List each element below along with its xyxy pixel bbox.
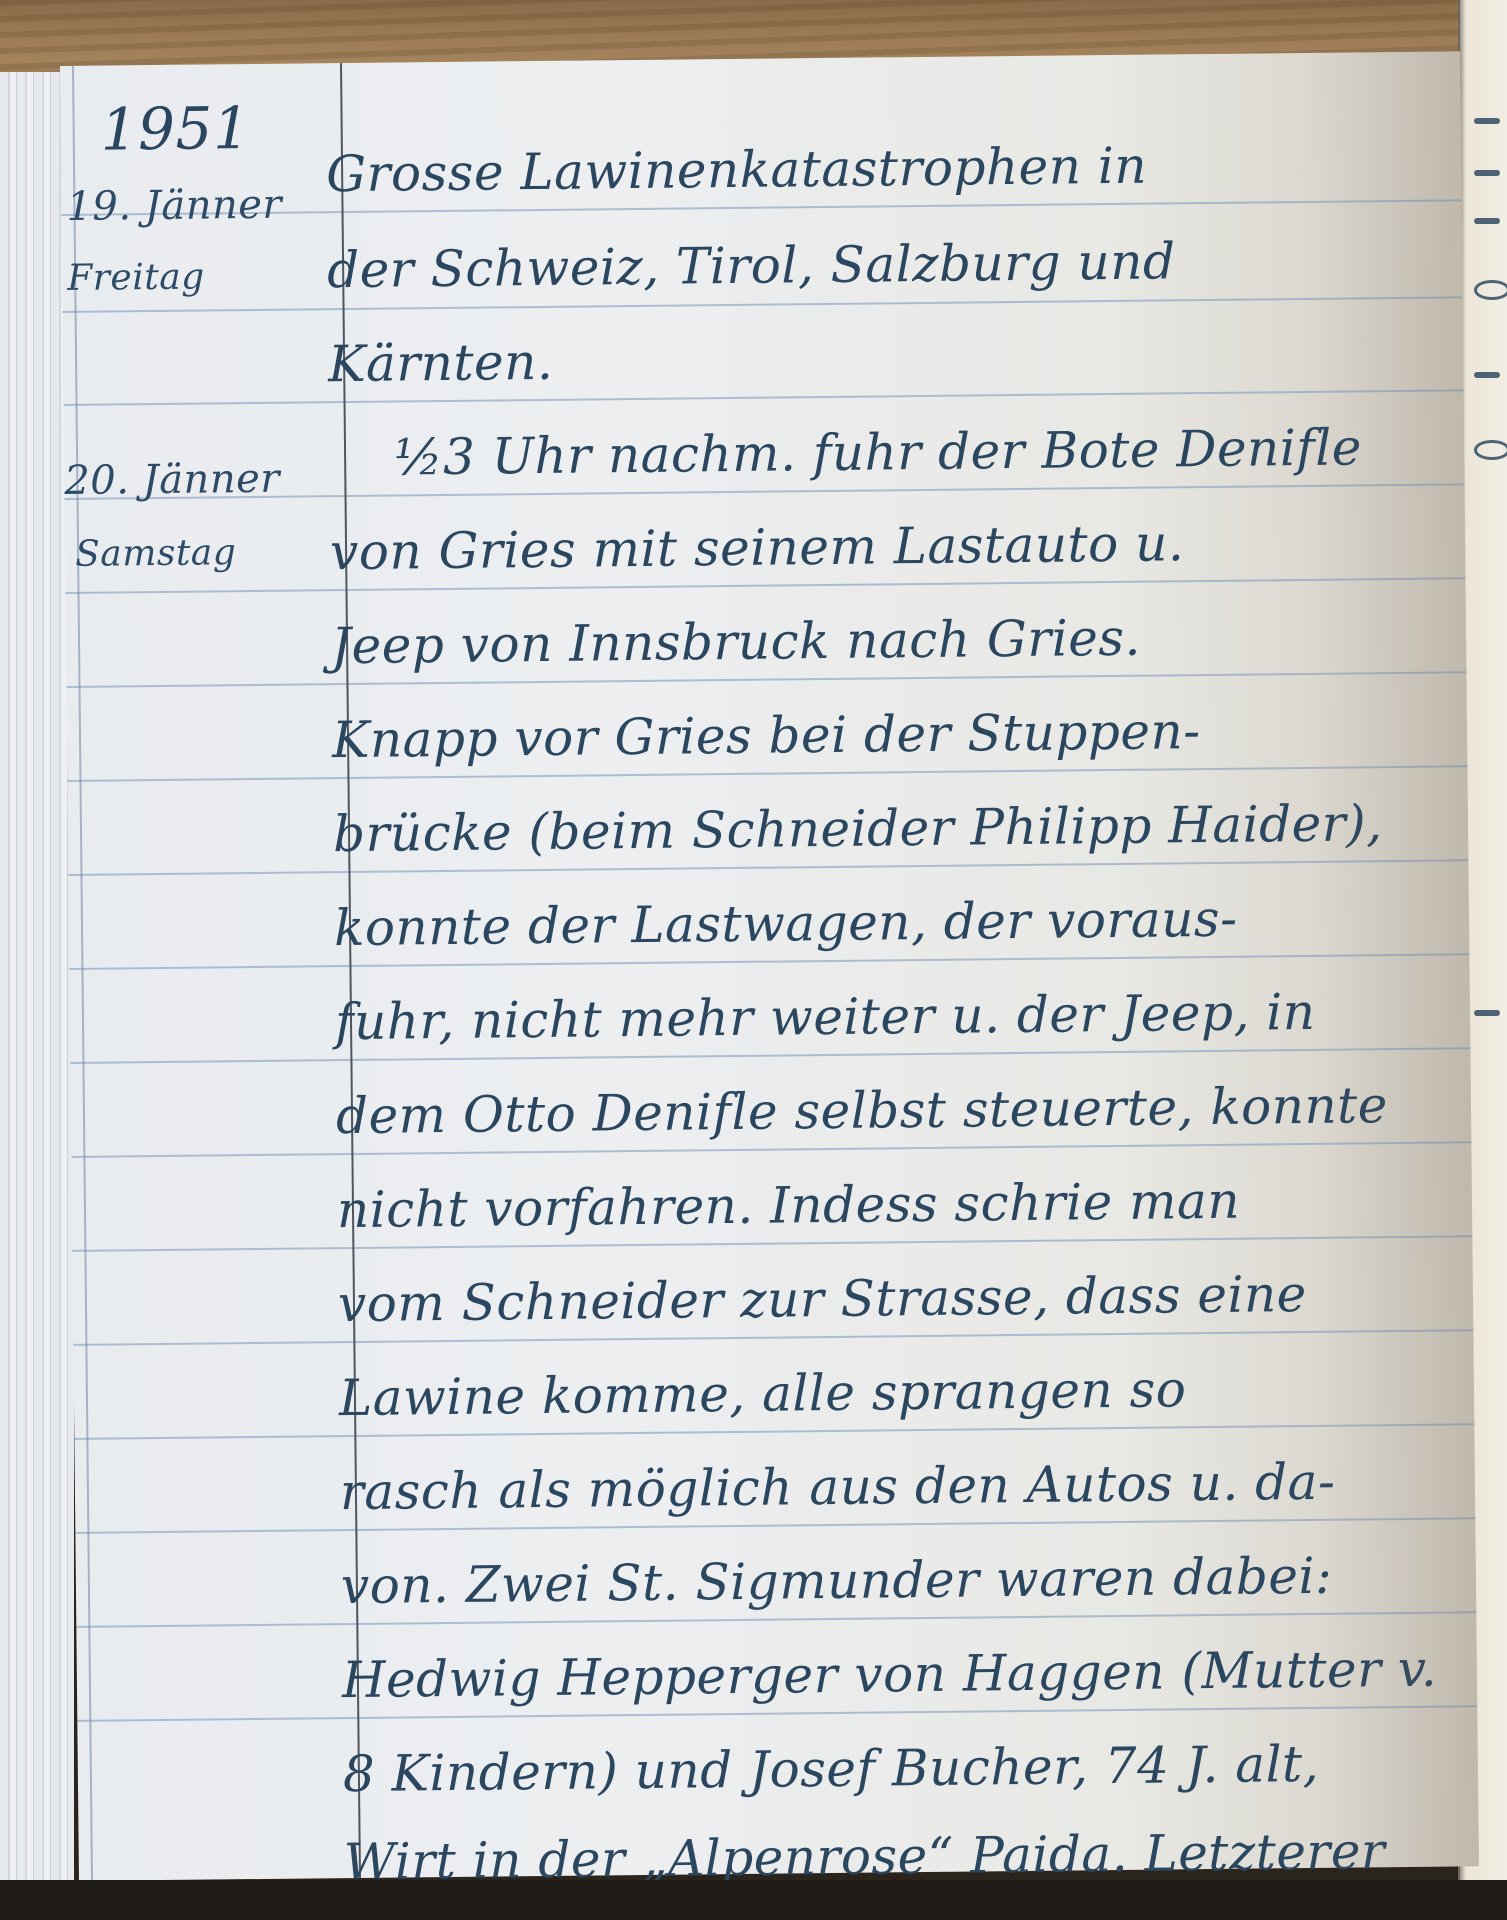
text-line: von. Zwei St. Sigmunder waren dabei: (341, 1547, 1333, 1615)
ruled-line (71, 1141, 1471, 1158)
ruled-line (66, 671, 1466, 688)
ruled-line (72, 1235, 1472, 1252)
text-line: Grosse Lawinenkatastrophen in (326, 137, 1147, 204)
text-line: vom Schneider zur Strasse, dass eine (338, 1265, 1307, 1333)
text-line: ½3 Uhr nachm. fuhr der Bote Denifle (394, 418, 1362, 486)
ruled-line (66, 577, 1466, 594)
ruled-line (67, 765, 1467, 782)
text-line: Kärnten. (328, 333, 554, 393)
ruled-line (68, 859, 1468, 876)
text-line: dem Otto Denifle selbst steuerte, konnte (336, 1076, 1388, 1145)
text-line: Jeep von Innsbruck nach Gries. (331, 609, 1141, 675)
text-line: fuhr, nicht mehr weiter u. der Jeep, in (335, 983, 1316, 1051)
ink-fragment (1474, 280, 1507, 300)
entry-date: 19. Jänner (66, 182, 282, 230)
text-line: der Schweiz, Tirol, Salzburg und (327, 232, 1176, 299)
text-line: konnte der Lastwagen, der voraus- (334, 890, 1238, 957)
ink-fragment (1474, 440, 1507, 460)
ruled-line (73, 1329, 1473, 1346)
ruled-line (76, 1611, 1476, 1628)
ruled-line (69, 953, 1469, 970)
ink-fragment (1474, 118, 1500, 124)
ruled-line (64, 389, 1464, 406)
text-line: Knapp vor Gries bei der Stuppen- (332, 702, 1201, 769)
ink-fragment (1474, 1010, 1500, 1016)
ruled-line (74, 1423, 1474, 1440)
ruled-line (77, 1705, 1477, 1722)
entry-weekday: Freitag (67, 256, 205, 298)
bottom-shadow (0, 1880, 1507, 1920)
year-heading: 1951 (100, 94, 250, 164)
ink-fragment (1474, 218, 1500, 224)
text-line: von Gries mit seinem Lastauto u. (330, 514, 1185, 581)
ink-fragment (1474, 372, 1500, 378)
text-line: 8 Kindern) und Josef Bucher, 74 J. alt, (343, 1735, 1320, 1803)
text-line: rasch als möglich aus den Autos u. da- (340, 1453, 1336, 1521)
ruled-line (75, 1517, 1475, 1534)
text-line: Lawine komme, alle sprangen so (339, 1360, 1187, 1427)
text-line: brücke (beim Schneider Philipp Haider), (333, 794, 1383, 863)
text-line: nicht vorfahren. Indess schrie man (337, 1172, 1241, 1239)
ruled-line (70, 1047, 1470, 1064)
ruled-line (63, 296, 1463, 313)
outer-margin-line (72, 66, 93, 1881)
entry-weekday: Samstag (75, 532, 237, 575)
diary-page: 1951 19. Jänner Freitag 20. Jänner Samst… (60, 51, 1479, 1881)
text-line: Hedwig Hepperger von Haggen (Mutter v. (342, 1640, 1438, 1709)
entry-date: 20. Jänner (64, 456, 280, 504)
ink-fragment (1474, 170, 1500, 176)
